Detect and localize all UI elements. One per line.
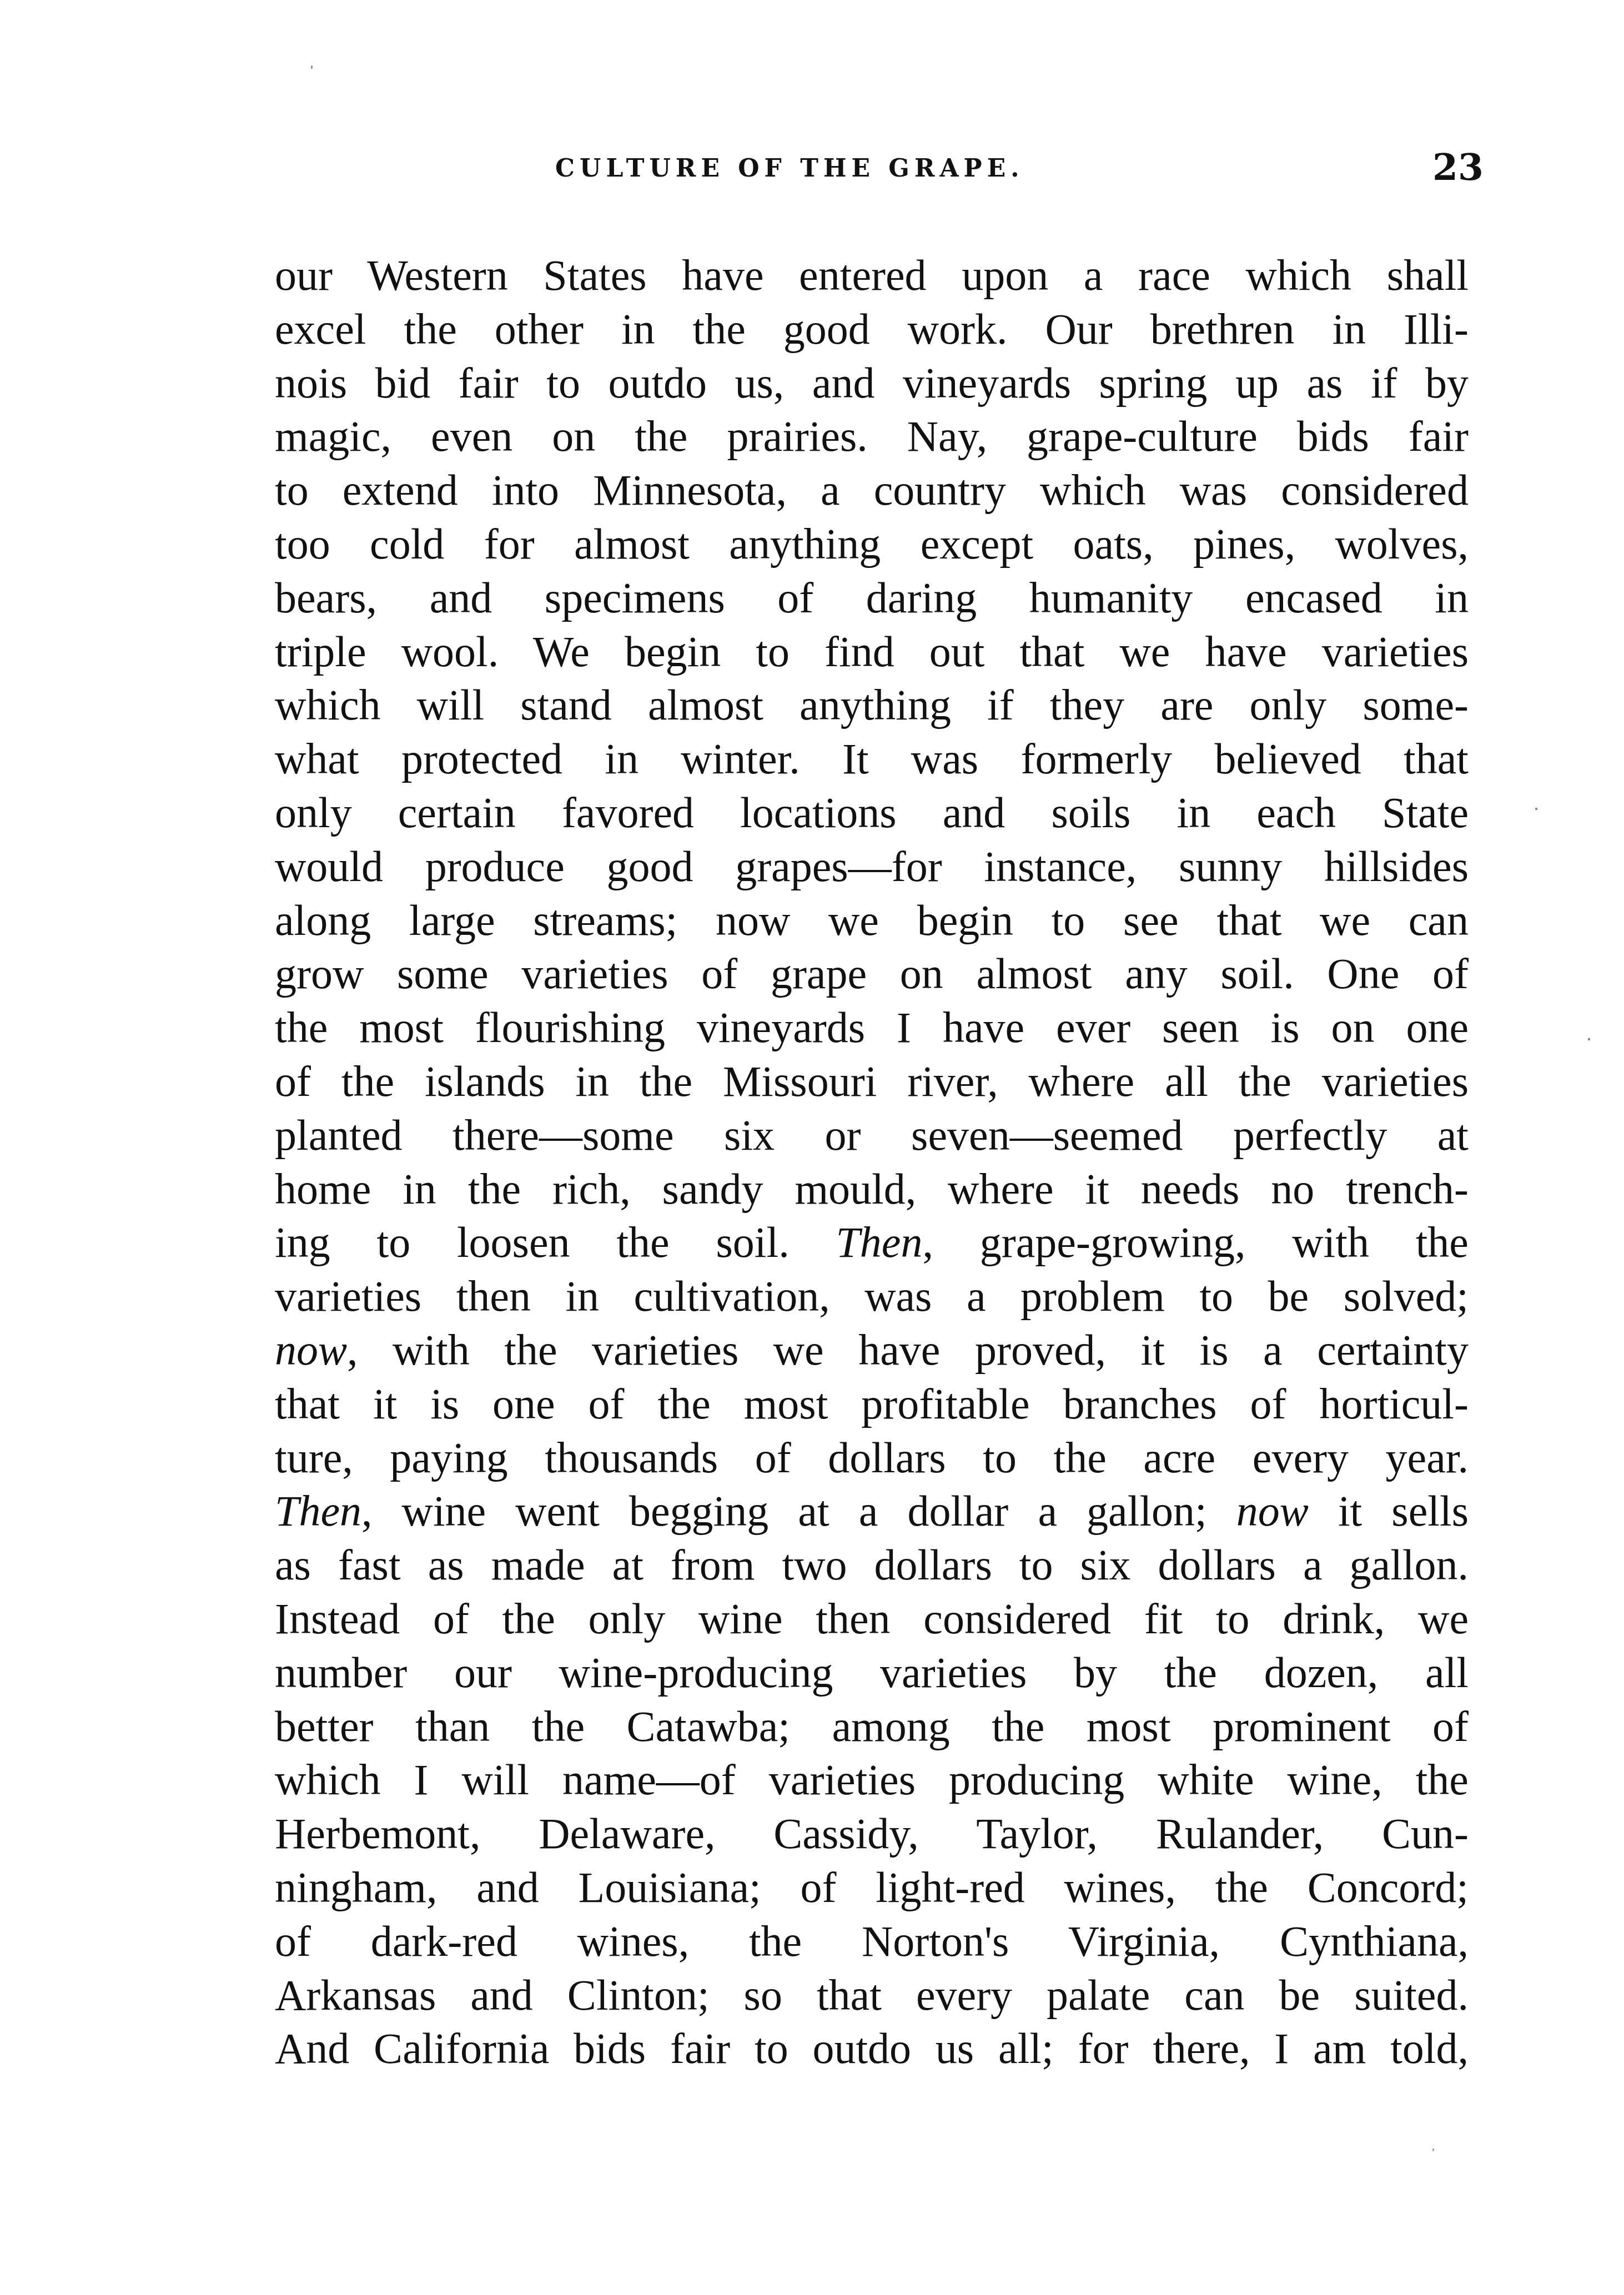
text-segment: home in the rich, sandy mould, where it … <box>275 1165 1469 1213</box>
text-segment: Arkansas and Clinton; so that every pala… <box>275 1971 1469 2019</box>
text-segment: bears, and specimens of daring humanity … <box>275 573 1469 622</box>
text-line: only certain favored locations and soils… <box>275 786 1469 840</box>
text-line: which I will name—of varieties producing… <box>275 1753 1469 1807</box>
page-number: 23 <box>1432 145 1484 189</box>
text-line: along large streams; now we begin to see… <box>275 894 1469 948</box>
text-line: bears, and specimens of daring humanity … <box>275 571 1469 625</box>
text-line: which will stand almost anything if they… <box>275 678 1469 732</box>
text-line: ture, paying thousands of dollars to the… <box>275 1431 1469 1485</box>
text-segment: triple wool. We begin to find out that w… <box>275 627 1469 676</box>
text-segment: to extend into Minnesota, a country whic… <box>275 466 1469 514</box>
text-segment: And California bids fair to outdo us all… <box>275 2024 1469 2072</box>
text-segment: of the islands in the Missouri river, wh… <box>275 1057 1469 1105</box>
italic-word: Then <box>836 1218 922 1266</box>
text-segment: which I will name—of varieties producing… <box>275 1755 1469 1804</box>
text-segment: which will stand almost anything if they… <box>275 681 1469 729</box>
text-line: Arkansas and Clinton; so that every pala… <box>275 1969 1469 2022</box>
text-line: the most flourishing vineyards I have ev… <box>275 1001 1469 1055</box>
text-segment: the most flourishing vineyards I have ev… <box>275 1003 1469 1051</box>
text-segment: , with the varieties we have proved, it … <box>347 1326 1469 1374</box>
text-line: our Western States have entered upon a r… <box>275 249 1469 303</box>
text-segment: only certain favored locations and soils… <box>275 788 1469 837</box>
text-segment: magic, even on the prairies. Nay, grape-… <box>275 412 1469 460</box>
body-paragraph: our Western States have entered upon a r… <box>275 249 1469 2076</box>
text-segment: number our wine-producing varieties by t… <box>275 1648 1469 1697</box>
text-line: now, with the varieties we have proved, … <box>275 1323 1469 1377</box>
text-line: would produce good grapes—for instance, … <box>275 840 1469 894</box>
text-line: number our wine-producing varieties by t… <box>275 1646 1469 1700</box>
text-line: Instead of the only wine then considered… <box>275 1592 1469 1646</box>
text-line: magic, even on the prairies. Nay, grape-… <box>275 410 1469 464</box>
text-segment: what protected in winter. It was formerl… <box>275 734 1469 783</box>
text-line: nois bid fair to outdo us, and vineyards… <box>275 356 1469 410</box>
text-line: of the islands in the Missouri river, wh… <box>275 1055 1469 1109</box>
text-line: excel the other in the good work. Our br… <box>275 303 1469 356</box>
text-line: triple wool. We begin to find out that w… <box>275 625 1469 679</box>
text-segment: too cold for almost anything except oats… <box>275 520 1469 568</box>
italic-word: now <box>275 1326 347 1374</box>
italic-word: now <box>1236 1487 1309 1535</box>
text-segment: Instead of the only wine then considered… <box>275 1594 1469 1643</box>
text-line: home in the rich, sandy mould, where it … <box>275 1162 1469 1216</box>
italic-word: Then <box>275 1487 361 1535</box>
text-line: better than the Catawba; among the most … <box>275 1700 1469 1754</box>
text-line: And California bids fair to outdo us all… <box>275 2022 1469 2076</box>
text-segment: , wine went begging at a dollar a gallon… <box>361 1487 1236 1535</box>
text-line: what protected in winter. It was formerl… <box>275 732 1469 786</box>
text-segment: that it is one of the most profitable br… <box>275 1380 1469 1428</box>
scan-speck <box>1535 808 1537 810</box>
text-segment: varieties then in cultivation, was a pro… <box>275 1272 1469 1320</box>
book-page: CULTURE OF THE GRAPE. 23 our Western Sta… <box>0 0 1624 2295</box>
text-segment: ningham, and Louisiana; of light-red win… <box>275 1863 1469 1911</box>
text-segment: would produce good grapes—for instance, … <box>275 842 1469 890</box>
text-line: planted there—some six or seven—seemed p… <box>275 1109 1469 1162</box>
text-segment: better than the Catawba; among the most … <box>275 1702 1469 1750</box>
text-line: too cold for almost anything except oats… <box>275 517 1469 571</box>
text-segment: planted there—some six or seven—seemed p… <box>275 1111 1469 1159</box>
text-segment: our Western States have entered upon a r… <box>275 251 1469 299</box>
text-segment: along large streams; now we begin to see… <box>275 896 1469 944</box>
running-head: CULTURE OF THE GRAPE. <box>555 154 1024 183</box>
text-line: as fast as made at from two dollars to s… <box>275 1538 1469 1592</box>
text-line: to extend into Minnesota, a country whic… <box>275 464 1469 517</box>
text-line: grow some varieties of grape on almost a… <box>275 947 1469 1001</box>
text-segment: as fast as made at from two dollars to s… <box>275 1541 1469 1589</box>
text-segment: nois bid fair to outdo us, and vineyards… <box>275 359 1469 407</box>
text-segment: ture, paying thousands of dollars to the… <box>275 1433 1469 1482</box>
text-line: that it is one of the most profitable br… <box>275 1377 1469 1431</box>
text-segment: grow some varieties of grape on almost a… <box>275 949 1469 998</box>
text-line: ing to loosen the soil. Then, grape-grow… <box>275 1216 1469 1270</box>
text-segment: excel the other in the good work. Our br… <box>275 305 1469 353</box>
text-segment: Herbemont, Delaware, Cassidy, Taylor, Ru… <box>275 1809 1469 1858</box>
scan-speck <box>1432 2148 1434 2151</box>
text-segment: it sells <box>1309 1487 1469 1535</box>
scan-speck <box>1588 1038 1590 1040</box>
text-line: of dark-red wines, the Norton's Virginia… <box>275 1915 1469 1969</box>
text-segment: , grape-growing, with the <box>922 1218 1469 1266</box>
text-line: Then, wine went begging at a dollar a ga… <box>275 1484 1469 1538</box>
text-line: varieties then in cultivation, was a pro… <box>275 1270 1469 1323</box>
text-segment: ing to loosen the soil. <box>275 1218 836 1266</box>
text-line: Herbemont, Delaware, Cassidy, Taylor, Ru… <box>275 1807 1469 1861</box>
text-line: ningham, and Louisiana; of light-red win… <box>275 1861 1469 1915</box>
scan-speck <box>311 66 313 69</box>
text-segment: of dark-red wines, the Norton's Virginia… <box>275 1917 1469 1965</box>
